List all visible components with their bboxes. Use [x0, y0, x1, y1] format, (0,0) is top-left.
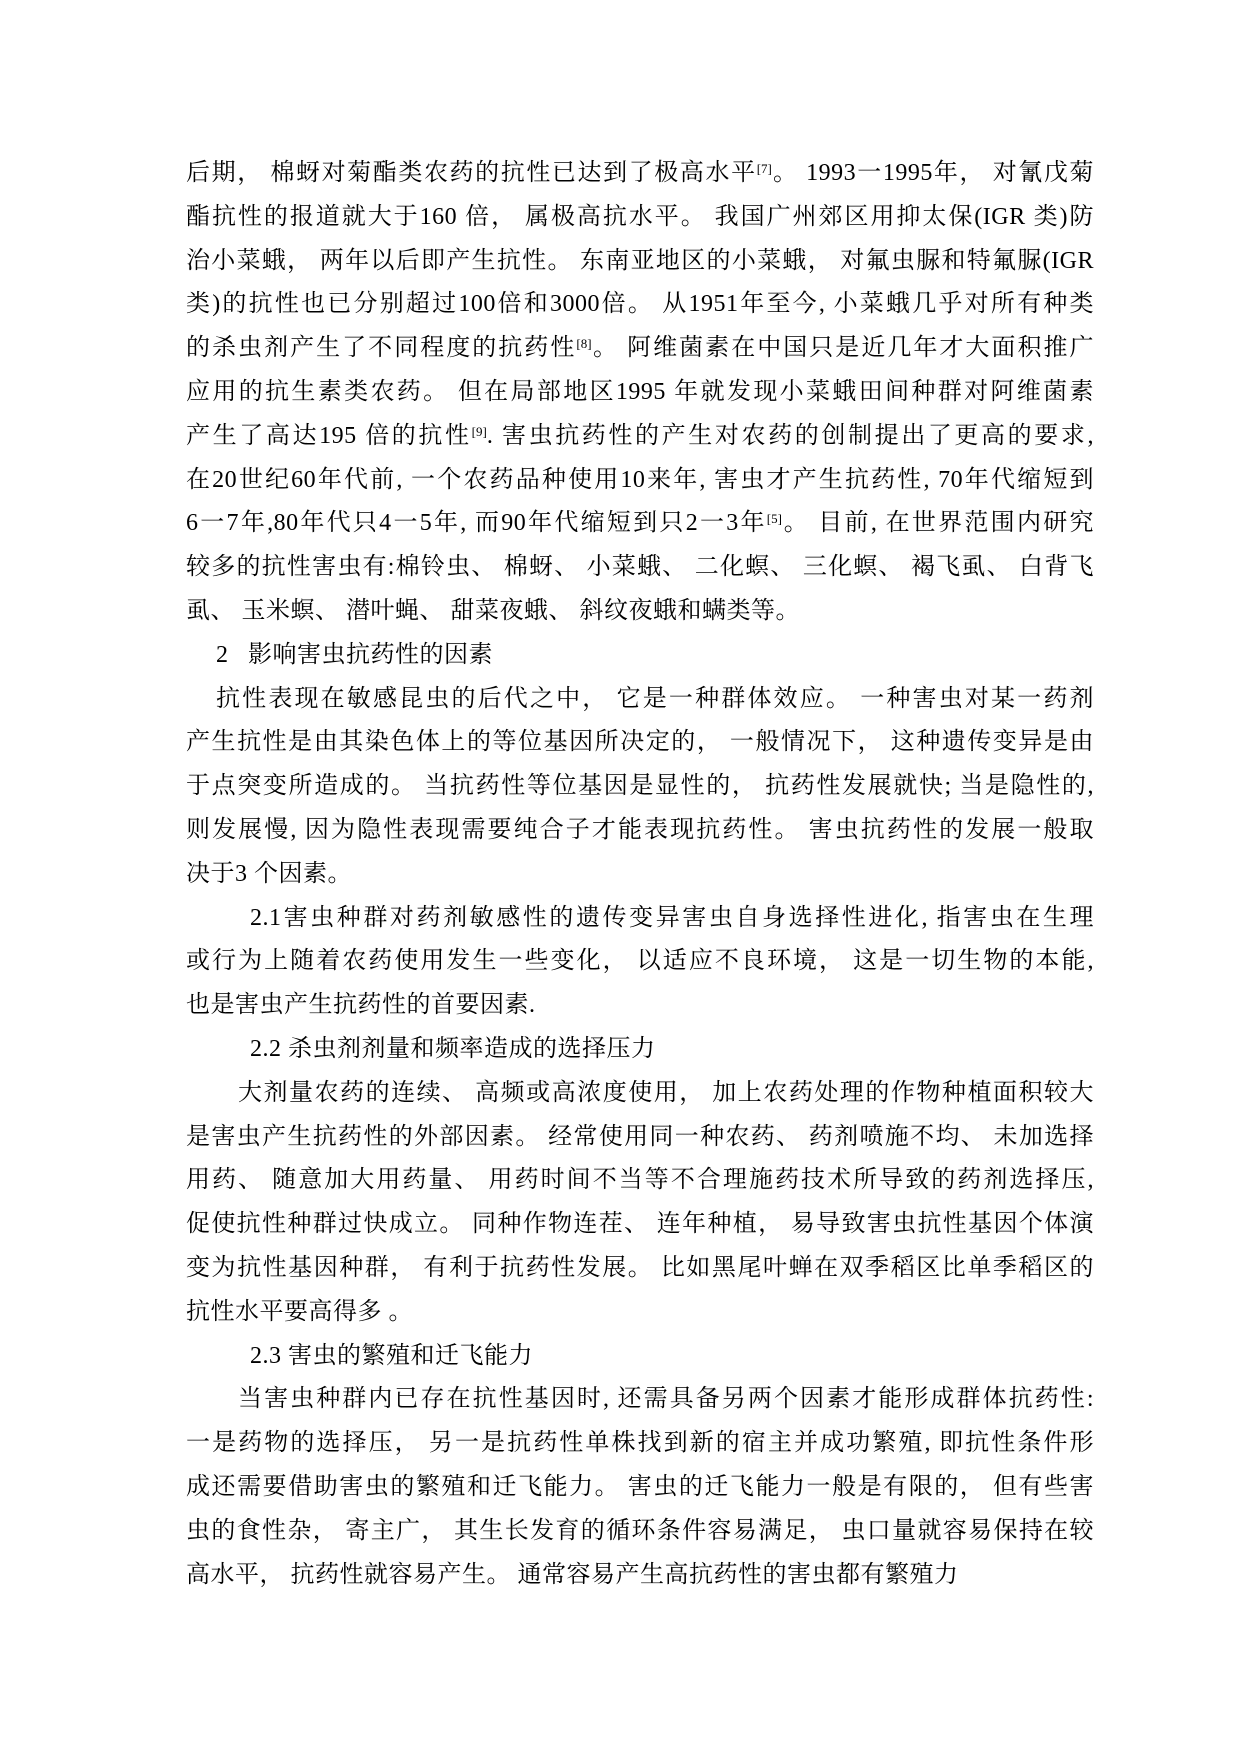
text-line: 应用的抗生素类农药。 但在局部地区1995 年就发现小菜蛾田间种群对阿维菌素: [186, 371, 1094, 415]
text-line: 的杀虫剂产生了不同程度的抗药性[8]。 阿维菌素在中国只是近几年才大面积推广: [186, 327, 1094, 371]
text-line: 较多的抗性害虫有:棉铃虫、 棉蚜、 小菜蛾、 二化螟、 三化螟、 褐飞虱、 白背…: [186, 546, 1094, 590]
text-line: 变为抗性基因种群， 有利于抗药性发展。 比如黑尾叶蝉在双季稻区比单季稻区的: [186, 1247, 1094, 1291]
text-line: 酯抗性的报道就大于160 倍， 属极高抗水平。 我国广州郊区用抑太保(IGR 类…: [186, 196, 1094, 240]
text-line: 则发展慢, 因为隐性表现需要纯合子才能表现抗药性。 害虫抗药性的发展一般取: [186, 809, 1094, 853]
text-line: 虫的食性杂， 寄主广， 其生长发育的循环条件容易满足， 虫口量就容易保持在较: [186, 1510, 1094, 1554]
text-line: 一是药物的选择压， 另一是抗药性单株找到新的宿主并成功繁殖, 即抗性条件形: [186, 1422, 1094, 1466]
text-line: 促使抗性种群过快成立。 同种作物连茬、 连年种植， 易导致害虫抗性基因个体演: [186, 1203, 1094, 1247]
document-page: 后期， 棉蚜对菊酯类农药的抗性已达到了极高水平[7]。 1993一1995年， …: [0, 0, 1241, 1754]
citation-ref: [9]: [472, 424, 487, 439]
section-heading: 2.2 杀虫剂剂量和频率造成的选择压力: [186, 1028, 1094, 1072]
text-line: 决于3 个因素。: [186, 853, 1094, 897]
citation-ref: [7]: [757, 161, 772, 176]
text-line: 抗性水平要高得多 。: [186, 1291, 1094, 1335]
text-line: 或行为上随着农药使用发生一些变化， 以适应不良环境， 这是一切生物的本能,: [186, 940, 1094, 984]
text-line: 大剂量农药的连续、 高频或高浓度使用， 加上农药处理的作物种植面积较大: [186, 1072, 1094, 1116]
text-line: 在20世纪60年代前, 一个农药品种使用10来年, 害虫才产生抗药性, 70年代…: [186, 459, 1094, 503]
text-line: 类)的抗性也已分别超过100倍和3000倍。 从1951年至今, 小菜蛾几乎对所…: [186, 283, 1094, 327]
text-line: 产生了高达195 倍的抗性[9]. 害虫抗药性的产生对农药的创制提出了更高的要求…: [186, 415, 1094, 459]
text-block: 后期， 棉蚜对菊酯类农药的抗性已达到了极高水平[7]。 1993一1995年， …: [186, 152, 1094, 1597]
text-line: 2.1害虫种群对药剂敏感性的遗传变异害虫自身选择性进化, 指害虫在生理: [186, 897, 1094, 941]
text-line: 虱、 玉米螟、 潜叶蝇、 甜菜夜蛾、 斜纹夜蛾和螨类等。: [186, 590, 1094, 634]
text-line: 于点突变所造成的。 当抗药性等位基因是显性的， 抗药性发展就快; 当是隐性的,: [186, 765, 1094, 809]
citation-ref: [5]: [767, 511, 782, 526]
text-line: 治小菜蛾， 两年以后即产生抗性。 东南亚地区的小菜蛾， 对氟虫脲和特氟脲(IGR: [186, 240, 1094, 284]
text-line: 成还需要借助害虫的繁殖和迁飞能力。 害虫的迁飞能力一般是有限的， 但有些害: [186, 1466, 1094, 1510]
text-line: 高水平， 抗药性就容易产生。 通常容易产生高抗药性的害虫都有繁殖力: [186, 1554, 1094, 1598]
section-heading: 2 影响害虫抗药性的因素: [186, 634, 1094, 678]
text-line: 6一7年,80年代只4一5年, 而90年代缩短到只2一3年[5]。 目前, 在世…: [186, 502, 1094, 546]
text-line: 后期， 棉蚜对菊酯类农药的抗性已达到了极高水平[7]。 1993一1995年， …: [186, 152, 1094, 196]
text-line: 是害虫产生抗药性的外部因素。 经常使用同一种农药、 药剂喷施不均、 未加选择: [186, 1116, 1094, 1160]
citation-ref: [8]: [576, 336, 591, 351]
text-line: 产生抗性是由其染色体上的等位基因所决定的， 一般情况下， 这种遗传变异是由: [186, 721, 1094, 765]
text-line: 抗性表现在敏感昆虫的后代之中， 它是一种群体效应。 一种害虫对某一药剂: [186, 678, 1094, 722]
text-line: 也是害虫产生抗药性的首要因素.: [186, 984, 1094, 1028]
text-line: 当害虫种群内已存在抗性基因时, 还需具备另两个因素才能形成群体抗药性:: [186, 1378, 1094, 1422]
text-line: 用药、 随意加大用药量、 用药时间不当等不合理施药技术所导致的药剂选择压,: [186, 1159, 1094, 1203]
section-heading: 2.3 害虫的繁殖和迁飞能力: [186, 1335, 1094, 1379]
